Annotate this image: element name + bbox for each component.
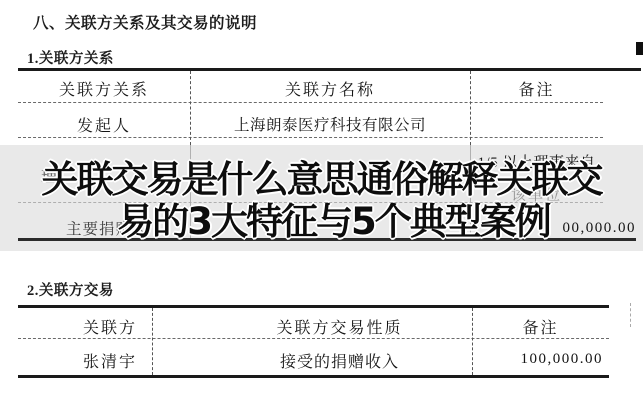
table2-column-divider-2	[472, 308, 473, 375]
overlay-title-line1: 关联交易是什么意思通俗解释关联交	[0, 159, 643, 201]
table2-bottom-border	[18, 375, 609, 378]
table1-header-remark: 备注	[470, 77, 603, 100]
table1-row1-name: 上海朗泰医疗科技有限公司	[190, 113, 470, 135]
scan-artifact-dash	[630, 303, 631, 327]
table2-row-separator	[18, 338, 609, 339]
section2-title: 2.关联方交易	[27, 279, 114, 300]
table1-row-separator-3	[18, 202, 603, 203]
table1-row1-relation: 发起人	[18, 113, 190, 136]
table2-column-divider-1	[152, 308, 153, 375]
table1-top-border	[18, 68, 641, 71]
table1-row-separator-2	[18, 137, 603, 138]
section1-title: 1.关联方关系	[27, 47, 114, 68]
table2-top-border	[18, 305, 609, 308]
table1-header-relation: 关联方关系	[18, 77, 190, 100]
main-heading: 八、关联方关系及其交易的说明	[33, 11, 257, 33]
table1-header-name: 关联方名称	[190, 77, 470, 100]
table1-row-separator-1	[18, 102, 603, 103]
table1-column-divider-2	[470, 71, 471, 145]
table2-header-nature: 关联方交易性质	[152, 315, 472, 338]
table2-row1-remark-amount: 100,000.00	[472, 351, 603, 368]
table1-column-divider-1	[190, 71, 191, 145]
table2-header-remark: 备注	[472, 315, 609, 338]
table2-row1-nature: 接受的捐赠收入	[152, 349, 472, 372]
overlay-title-line2: 易的3大特征与5个典型案例	[12, 201, 643, 243]
scan-artifact-blob	[636, 42, 643, 55]
document-page: 八、关联方关系及其交易的说明 1.关联方关系 关联方关系 关联方名称 备注 发起…	[0, 0, 643, 400]
